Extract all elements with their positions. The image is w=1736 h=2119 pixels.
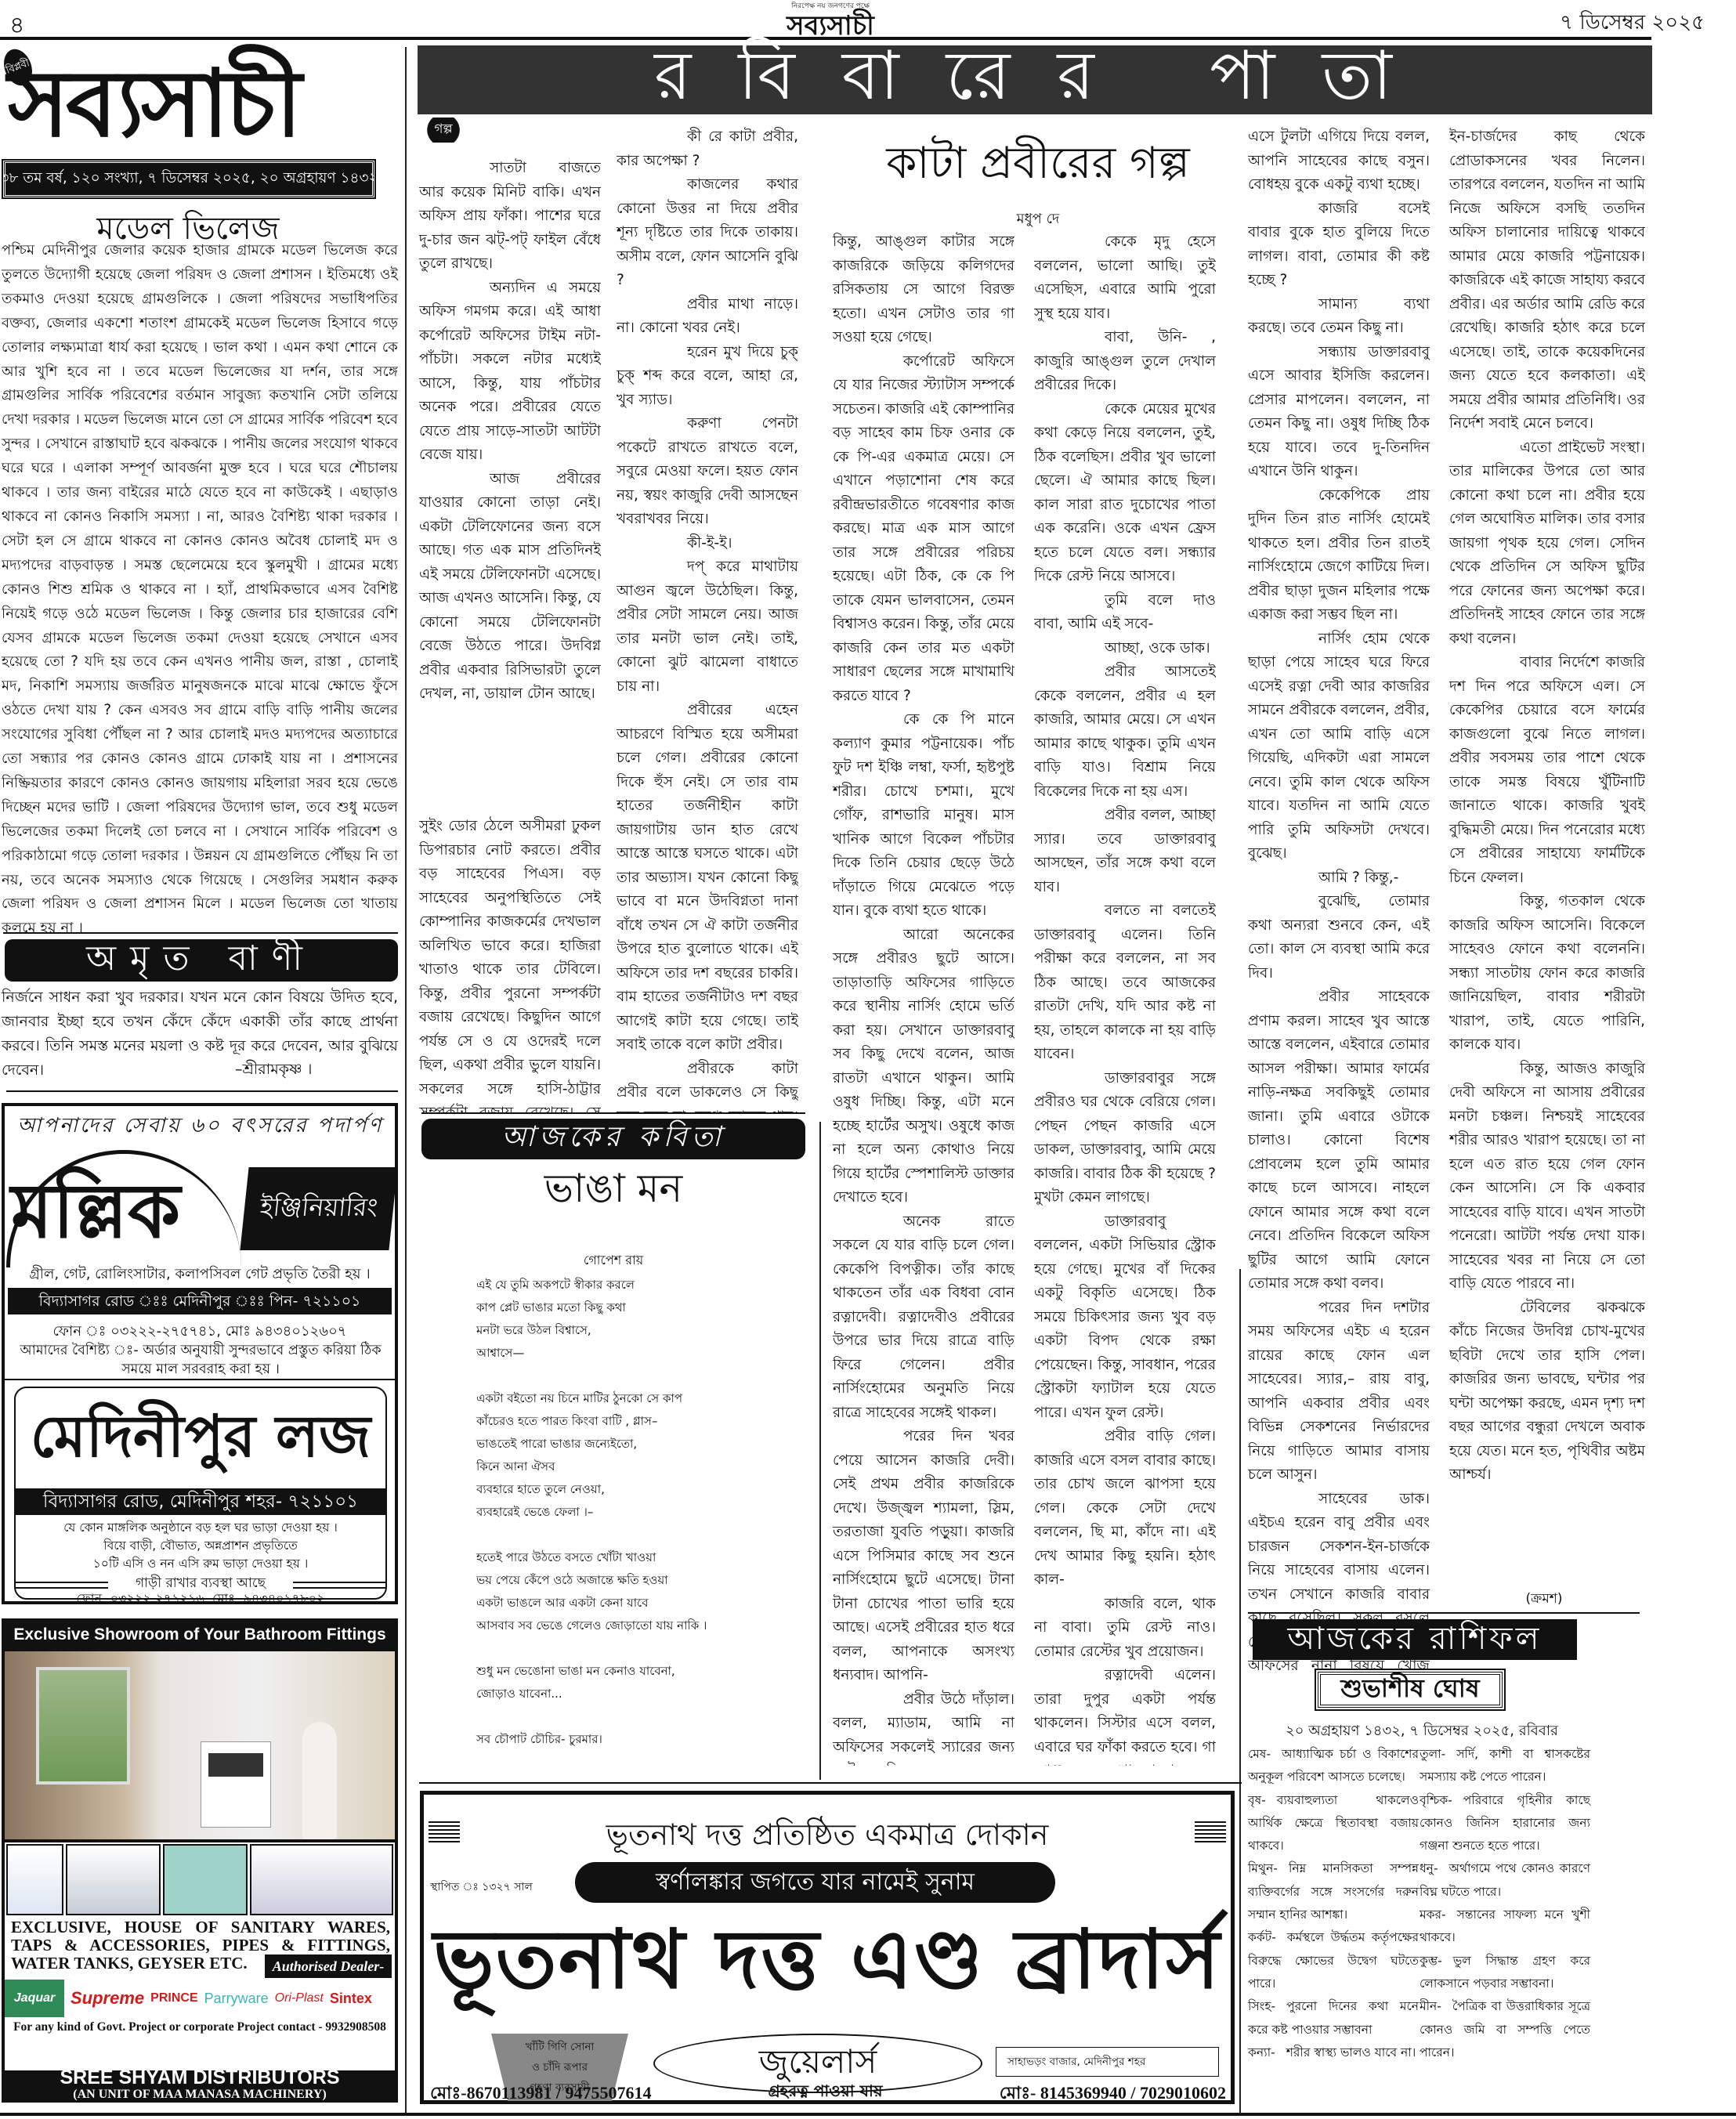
paragraph: বলতে না বলতেই ডাক্তারবাবু এলেন। তিনি পরী… [1034, 899, 1216, 1067]
story-column: কী রে কাটা প্রবীর, কার অপেক্ষা ? কাজলের … [617, 125, 798, 1112]
paragraph: ডাক্তারবাবু বললেন, একটা সিভিয়ার স্ট্রোক… [1034, 1210, 1216, 1426]
ad-jewellers: ভূতনাথ দত্ত প্রতিষ্ঠিত একমাত্র দোকান স্থ… [420, 1791, 1235, 2104]
poem-author: গোপেশ রায় [421, 1250, 805, 1271]
ad-trade-line: ও চাঁদি রূপার [491, 2057, 628, 2077]
rashi-sign: বৃষ- [1248, 1793, 1266, 1807]
ad-bathroom-fittings: Exclusive Showroom of Your Bathroom Fitt… [2, 1618, 398, 2103]
ad-distributor: SREE SHYAM DISTRIBUTORS (AN UNIT OF MAA … [5, 2068, 395, 2114]
ad-heading: ভূতনাথ দত্ত প্রতিষ্ঠিত একমাত্র দোকান [424, 1812, 1231, 1862]
story-continued-label: (ক্রমশ) [1453, 1589, 1635, 1611]
brand-logo-oriplast: Ori-Plast [275, 1991, 324, 2005]
divider [5, 1379, 395, 1380]
brand-logo-supreme: Supreme [71, 1988, 144, 2009]
rashi-sign: কন্যা- [1248, 2045, 1275, 2059]
ad-feature: আমাদের বৈশিষ্ট্য ঃ- অর্ডার অনুযায়ী সুন্… [9, 1341, 392, 1379]
paragraph: কিন্তু, গতকাল থেকে কাজরি অফিস আসেনি। বিক… [1449, 890, 1645, 1058]
poem-body: এই যে তুমি অকপটে স্বীকার করলে কাপ প্লেট … [476, 1274, 805, 1774]
rashi-entry-virgo: কন্যা-শরীর স্বাস্থ্য ভালও যাবে না। [1248, 2041, 1419, 2064]
rashi-entry-taurus: বৃষ-ব্যয়বাহুল্যতা থাকলেও আর্থিক ক্ষেত্র… [1248, 1789, 1419, 1858]
poem-title: ভাঙা মন [421, 1159, 805, 1224]
paragraph: কাজলের কথার কোনো উত্তর না দিয়ে প্রবীর শ… [617, 173, 798, 293]
ad-phones: মোঃ-8670113981 / 9475507614 গ্রহরত্ন পাও… [430, 2080, 1226, 2109]
ad-tagline: আপনাদের সেবায় ৬০ বৎসরের পদার্পণ [17, 1109, 385, 1144]
masthead-title: সব্যসাচী [8, 56, 376, 150]
poem-line: আসবাব সব ভেঙে গেলেও জোড়াতো যায় নাকি । [476, 1615, 805, 1637]
story-title: কাটা প্রবীরের গল্প [842, 129, 1234, 203]
paragraph: আচ্ছা, ওকে ডাক। [1034, 637, 1216, 661]
brand-logos: Jaquar Supreme PRINCE Parryware Ori-Plas… [5, 1980, 395, 2017]
paragraph: দপ্ করে মাথাটায় আগুন জ্বলে উঠেছিল। কিন্… [617, 555, 798, 699]
story-column: সাতটা বাজতে আর কয়েক মিনিট বাকি। এখন অফি… [419, 125, 601, 815]
poem-line: কাঁচেরও হতে পারত কিংবা বাটি , গ্লাস– [476, 1410, 805, 1433]
poem-line: এই যে তুমি অকপটে স্বীকার করলে [476, 1274, 805, 1296]
ad-brand: মেদিনীপুর লজ [16, 1393, 385, 1489]
poem-line: সব চৌপাট চৌচির- চুরমার। [476, 1728, 805, 1751]
ad-line: ১০টি এসি ও নন এসি রুম ভাড়া দেওয়া হয় । [16, 1554, 385, 1575]
rashi-sign: বৃশ্চিক- [1420, 1793, 1452, 1807]
rashi-text: অর্থাগমে পথে কোনও কারণে বিঘ্ন ঘটতে পারে। [1420, 1861, 1590, 1898]
cabinet-image [208, 1753, 263, 1777]
bathroom-photo [5, 1651, 395, 1839]
story-author: মধুপ দে [842, 208, 1234, 232]
distributor-unit: (AN UNIT OF MAA MANASA MACHINERY) [5, 2088, 395, 2101]
paragraph: প্রবীর বলল, আচ্ছা স্যার। তবে ডাক্তারবাবু… [1034, 804, 1216, 899]
ad-heading: Exclusive Showroom of Your Bathroom Fitt… [5, 1622, 395, 1648]
ad-brand: মল্লিক [11, 1153, 180, 1279]
paragraph: নার্সিং হোম থেকে ছাড়া পেয়ে সাহেব ঘরে ফ… [1248, 627, 1430, 866]
divider [6, 1090, 398, 1092]
poem-line: হতেই পারে উঠতে বসতে খোঁটা খাওয়া [476, 1546, 805, 1569]
rashifal-banner: আজকের রাশিফল [1253, 1619, 1577, 1660]
header-date: ৭ ডিসেম্বর ২০২৫ [1560, 6, 1705, 41]
ad-description: EXCLUSIVE, HOUSE OF SANITARY WARES, TAPS… [5, 1917, 395, 2070]
poem-stanza: শুধু মন ভেঙোনা ভাঙা মন কেনাও যাবেনা, জোড… [476, 1660, 805, 1705]
paragraph: আরো অনেকের সঙ্গে প্রবীরও ছুটে আসে। তাড়া… [833, 924, 1014, 1210]
poem-line: মনটা ভরে উঠল বিশ্বাসে, [476, 1319, 805, 1342]
rashi-sign: তুলা- [1420, 1747, 1445, 1761]
story-column: ইন-চার্জদের কাছ থেকে প্রোডাকসনের খবর নিল… [1449, 125, 1645, 1676]
paragraph: পরের দিন খবর পেয়ে আসেন কাজরি দেবী। সেই … [833, 1425, 1014, 1688]
paragraph: হরেন মুখ দিয়ে চুক্ চুক্ শব্দ করে বলে, আ… [617, 341, 798, 413]
paragraph: ডাক্তারবাবুর সঙ্গে প্রবীরও ঘর থেকে বেরিয… [1034, 1067, 1216, 1210]
brand-logo-jaquar: Jaquar [5, 1980, 64, 2017]
ad-products: গ্রীল, গেট, রোলিংসাটার, কলাপসিবল গেট প্র… [8, 1263, 392, 1287]
ad-address: বিদ্যাসাগর রোড ঃঃ মেদিনীপুর ঃঃ পিন- ৭২১১… [8, 1288, 392, 1314]
poem-line: ব্যবহারে হাতে তুলে নেওয়া, [476, 1478, 805, 1501]
amrita-bani-banner: অমৃত বাণী [5, 939, 398, 982]
ad-phone: ফোন- ০৩২২২-২৭১২১৬, মোঃ- ৯৪৩৪০১৭৮০২ [16, 1589, 385, 1610]
footer-rule [0, 2113, 1736, 2116]
sunday-page-banner: রবিবারের পাতা [418, 45, 1652, 114]
ad-phone: মোঃ- 8145369940 / 7029010602 [1000, 2080, 1226, 2109]
poem-line: জোড়াও যাবেনা... [476, 1683, 805, 1705]
product-images [5, 1842, 395, 1917]
paragraph: কাজরি বলে, থাক না বাবা। তুমি রেস্ট নাও। … [1034, 1593, 1216, 1665]
page-number: ৪ [9, 6, 24, 46]
paragraph: কেকে মৃদু হেসে বললেন, ভালো আছি। তুই এসেছ… [1034, 230, 1216, 326]
paragraph: সন্ধ্যায় ডাক্তারবাবু এসে আবার ইসিজি করল… [1248, 341, 1430, 484]
rashi-entry-leo: সিংহ-পুরনো দিনের কথা মনে করে কষ্ট পাওয়া… [1248, 1995, 1419, 2041]
rashi-text: পৈত্রিক বা উত্তরাধিকার সূত্রে কোনও জমি ব… [1420, 1999, 1590, 2059]
rashi-sign: কুম্ভ- [1420, 1954, 1442, 1968]
rashi-text: শরীর স্বাস্থ্য ভালও যাবে না। [1286, 2045, 1416, 2059]
ad-address: বিদ্যাসাগর রোড, মেদিনীপুর শহর- ৭২১১০১ [16, 1488, 385, 1515]
paragraph: প্রবীর সাহেবকে প্রণাম করল। সাহেব খুব আস্… [1248, 985, 1430, 1296]
rashi-sign: সিংহ- [1248, 1999, 1275, 2013]
paragraph: অনেক রাতে সকলে যে যার বাড়ি চলে গেল। কেক… [833, 1210, 1014, 1426]
poem-stanza: সব চৌপাট চৌচির- চুরমার। [476, 1728, 805, 1751]
paragraph: সুইং ডোর ঠেলে অসীমরা ঢুকল ডিপারচার নোট ক… [419, 815, 601, 1112]
ad-established: স্থাপিত ঃ ১৩২৭ সাল [430, 1878, 533, 1897]
paragraph: প্রবীর আসতেই কেকে বললেন, প্রবীর এ হল কাজ… [1034, 660, 1216, 804]
paragraph: আজ প্রবীরের যাওয়ার কোনো তাড়া নেই। একটা… [419, 468, 601, 707]
paragraph: সামান্য ব্যথা করছে। তবে তেমন কিছু না। [1248, 293, 1430, 341]
paragraph: কিন্তু, আজও কাজুরি দেবী অফিসে না আসায় প… [1449, 1058, 1645, 1296]
brand-logo-parryware: Parryware [204, 1991, 269, 2007]
ad-brand: ভূতনাথ দত্ত এণ্ড ব্রাদার্স [424, 1897, 1231, 2033]
paragraph: কিন্তু, আঙ্গুল কাটার সঙ্গে কাজরিকে জড়িয… [833, 230, 1014, 350]
editorial-body: পশ্চিম মেদিনীপুর জেলার কয়েক হাজার গ্রাম… [2, 239, 398, 941]
paragraph: কর্পোরেট অফিসে যে যার নিজের স্ট্যাটাস সম… [833, 350, 1014, 709]
ad-trade-line: খাঁটি গিণি সোনা [491, 2037, 628, 2057]
pipes-image [250, 1844, 393, 1915]
paragraph: কেকে মেয়ের মুখের কথা কেড়ে নিয়ে বললেন,… [1034, 398, 1216, 589]
rashi-entry-capricorn: মকর-সন্তানের সাফল্য মনে খুশী থাকবে। [1420, 1904, 1590, 1950]
rashi-sign: ধনু- [1420, 1861, 1438, 1875]
rashi-entry-libra: তুলা-সর্দি, কাশী বা শ্বাসকষ্টের সমস্যায়… [1420, 1743, 1590, 1789]
column-divider [1239, 1269, 1241, 2115]
paragraph: কেকেপিকে প্রায় দুদিন তিন রাত নার্সিং হো… [1248, 484, 1430, 627]
divider [421, 1112, 805, 1114]
rashi-sign: কর্কট- [1248, 1930, 1276, 1944]
ad-gems-label: গ্রহরত্ন পাওয়া যায় [769, 2080, 883, 2109]
paragraph: এসে টুলটা এগিয়ে দিয়ে বলল, আপনি সাহেবের… [1248, 125, 1430, 197]
column-divider [819, 1122, 821, 1780]
poem-section-banner: আজকের কবিতা [421, 1119, 805, 1159]
paragraph: প্রবীর বাড়ি গেল। কাজরি এসে বসল বাবার কা… [1034, 1425, 1216, 1593]
divider [419, 1782, 1242, 1784]
paragraph: এতো প্রাইভেট সংস্থা। তার মালিকের উপরে তো… [1449, 436, 1645, 652]
paragraph: বুঝেছি, তোমার কথা অন্যরা শুনবে কেন, এই ত… [1248, 890, 1430, 985]
poem-stanza: হতেই পারে উঠতে বসতে খোঁটা খাওয়া ভয় পেয… [476, 1546, 805, 1637]
paragraph: কী রে কাটা প্রবীর, কার অপেক্ষা ? [617, 125, 798, 173]
amrita-bani-quote: নির্জনে সাধন করা খুব দরকার। যখন মনে কোন … [2, 985, 398, 1083]
brand-logo-prince: PRINCE [150, 1991, 197, 2005]
distributor-name: SREE SHYAM DISTRIBUTORS [5, 2067, 395, 2088]
rashi-entry-gemini: মিথুন-নিম্ন মানসিকতা সম্পন্ন ব্যক্তিবর্গ… [1248, 1857, 1419, 1926]
paragraph: রত্নাদেবী এলেন। তারা দুপুর একটা পর্যন্ত … [1034, 1664, 1216, 1766]
masthead-issue-info: ৩৮ তম বর্ষ, ১২০ সংখ্যা, ৭ ডিসেম্বর ২০২৫,… [3, 161, 374, 197]
ad-dealer-label: Authorised Dealer- [265, 1954, 392, 1978]
rashi-entry-scorpio: বৃশ্চিক-পরিবারে গৃহিনীর কাছে কোনও জিনিস … [1420, 1789, 1590, 1858]
paragraph: পরের দিন দশটার সময় অফিসের এইচ এ হরেন রা… [1248, 1296, 1430, 1488]
toilet-image [163, 1844, 247, 1915]
paragraph: সাতটা বাজতে আর কয়েক মিনিট বাকি। এখন অফি… [419, 157, 601, 277]
rashifal-date: ২০ অগ্রহায়ণ ১৪৩২, ৭ ডিসেম্বর ২০২৫, রবিব… [1250, 1719, 1594, 1744]
brand-logo-sintex: Sintex [330, 1991, 372, 2007]
rashi-text: ব্যয়বাহুল্যতা থাকলেও আর্থিক ক্ষেত্রে স্… [1248, 1793, 1419, 1853]
rashi-entry-pisces: মীন-পৈত্রিক বা উত্তরাধিকার সূত্রে কোনও জ… [1420, 1995, 1590, 2064]
story-column: এসে টুলটা এগিয়ে দিয়ে বলল, আপনি সাহেবের… [1248, 125, 1430, 1676]
chimney-image [66, 1844, 161, 1915]
paragraph: কাজরি বসেই বাবার বুকে হাত বুলিয়ে দিতে ল… [1248, 197, 1430, 293]
ad-medinipur-lodge: মেদিনীপুর লজ বিদ্যাসাগর রোড, মেদিনীপুর শ… [14, 1387, 387, 1600]
paragraph: অন্যদিন এ সময়ে অফিস গমগম করে। এই আধা কর… [419, 277, 601, 468]
poem-line: ব্যবহারেই ভেঙে ফেলা ।– [476, 1501, 805, 1524]
poem-line: কাপ প্লেট ভাঙার মতো কিছু কথা [476, 1296, 805, 1319]
poem-line: একটা ভাঙলে আর একটা কেনা যাবে [476, 1592, 805, 1615]
window-image [36, 1667, 130, 1785]
ad-address: সাহাভড়ং বাজার, মেদিনীপুর শহর [996, 2047, 1219, 2077]
model-image [302, 1722, 337, 1839]
poem-line: ভাঙতেই পারো ভাঙার জন্যেইতো, [476, 1433, 805, 1455]
paragraph: ইন-চার্জদের কাছ থেকে প্রোডাকসনের খবর নিল… [1449, 125, 1645, 436]
rashifal-column: মেষ-আধ্যাত্মিক চর্চা ও বিকাশের অনুকূল পর… [1248, 1743, 1419, 2064]
poem-line: একটা বইতো নয় চিনে মাটির ঠুনকো সে কাপ [476, 1387, 805, 1410]
paragraph: কে কে পি মানে কল্যাণ কুমার পট্টনায়েক। প… [833, 708, 1014, 924]
column-divider [405, 47, 407, 2115]
story-column: সুইং ডোর ঠেলে অসীমরা ঢুকল ডিপারচার নোট ক… [419, 815, 601, 1112]
rashi-entry-cancer: কর্কট-কর্মস্থলে উর্দ্ধতম কর্তৃপক্ষের বির… [1248, 1926, 1419, 1995]
story-column: কিন্তু, আঙ্গুল কাটার সঙ্গে কাজরিকে জড়িয… [833, 230, 1014, 1766]
paragraph: প্রবীর উঠে দাঁড়াল। বলল, ম্যাডাম, আমি না… [833, 1688, 1014, 1766]
paragraph: তুমি বলে দাও বাবা, আমি এই সবে- [1034, 589, 1216, 637]
rashifal-column: তুলা-সর্দি, কাশী বা শ্বাসকষ্টের সমস্যায়… [1420, 1743, 1590, 2064]
ad-phone: মোঃ-8670113981 / 9475507614 [430, 2080, 651, 2109]
paragraph: কী-ই-ই। [617, 532, 798, 556]
story-column: কেকে মৃদু হেসে বললেন, ভালো আছি। তুই এসেছ… [1034, 230, 1216, 1766]
rashi-text: আধ্যাত্মিক চর্চা ও বিকাশের অনুকূল পরিবেশ… [1248, 1747, 1419, 1784]
poem-line: ভয় পেয়ে কেঁপে ওঠে অজান্তে ক্ষতি হওয়া [476, 1569, 805, 1592]
rashi-entry-aquarius: কুম্ভ-ভুল সিদ্ধান্ত গ্রহণ করে লোকসানে পড… [1420, 1950, 1590, 1996]
rashi-entry-aries: মেষ-আধ্যাত্মিক চর্চা ও বিকাশের অনুকূল পর… [1248, 1743, 1419, 1789]
distributor-address: Library Road, Battalachawk, Midnapore, M… [5, 2101, 395, 2114]
paragraph: প্রবীর মাথা নাড়ে। না। কোনো খবর নেই। [617, 293, 798, 341]
rashifal-author: শুভাশীষ ঘোষ [1315, 1669, 1506, 1711]
poem-line: কিনে আনা ঐসব [476, 1455, 805, 1478]
poem-stanza: এই যে তুমি অকপটে স্বীকার করলে কাপ প্লেট … [476, 1274, 805, 1365]
ad-mallik-engineering: আপনাদের সেবায় ৬০ বৎসরের পদার্পণ মল্লিক … [2, 1103, 398, 1604]
paragraph: বাবার নির্দেশে কাজরি দশ দিন পরে অফিসে এল… [1449, 651, 1645, 890]
rashi-sign: মকর- [1420, 1907, 1446, 1922]
amrita-bani-signature: –শ্রীরামকৃষ্ণ । [235, 1058, 312, 1083]
geyser-image [6, 1844, 63, 1915]
rashi-sign: মিথুন- [1248, 1861, 1278, 1875]
paragraph: প্রবীরের এহেন আচরণে বিস্মিত হয়ে অসীমরা … [617, 699, 798, 1058]
paragraph: আমি ? কিন্তু,- [1248, 866, 1430, 891]
poem-stanza: একটা বইতো নয় চিনে মাটির ঠুনকো সে কাপ কা… [476, 1387, 805, 1524]
poem-line: শুধু মন ভেঙোনা ভাঙা মন কেনাও যাবেনা, [476, 1660, 805, 1683]
poem-line: আশ্বাসে— [476, 1342, 805, 1365]
paragraph: করুণা পেনটা পকেটে রাখতে রাখতে বলে, সবুরে… [617, 412, 798, 532]
ad-contact: For any kind of Govt. Project or corpora… [8, 2020, 392, 2034]
ad-brand-suffix: ইঞ্জিনিয়ারিং [240, 1167, 397, 1250]
rashi-entry-sagittarius: ধনু-অর্থাগমে পথে কোনও কারণে বিঘ্ন ঘটতে প… [1420, 1857, 1590, 1904]
paragraph: টেবিলের ঝকঝকে কাঁচে নিজের উদবিগ্ন চোখ-মু… [1449, 1296, 1645, 1488]
rashi-sign: মেষ- [1248, 1747, 1271, 1761]
paragraph: বাবা, উনি- , কাজুরি আঙ্গুল তুলে দেখাল প্… [1034, 326, 1216, 398]
rashi-text: ভুল সিদ্ধান্ত গ্রহণ করে লোকসানে পড়বার স… [1420, 1954, 1590, 1991]
rashi-sign: মীন- [1420, 1999, 1441, 2013]
paragraph: প্রবীরকে কাটা প্রবীর বলে ডাকলেও সে কিছু … [617, 1058, 798, 1113]
